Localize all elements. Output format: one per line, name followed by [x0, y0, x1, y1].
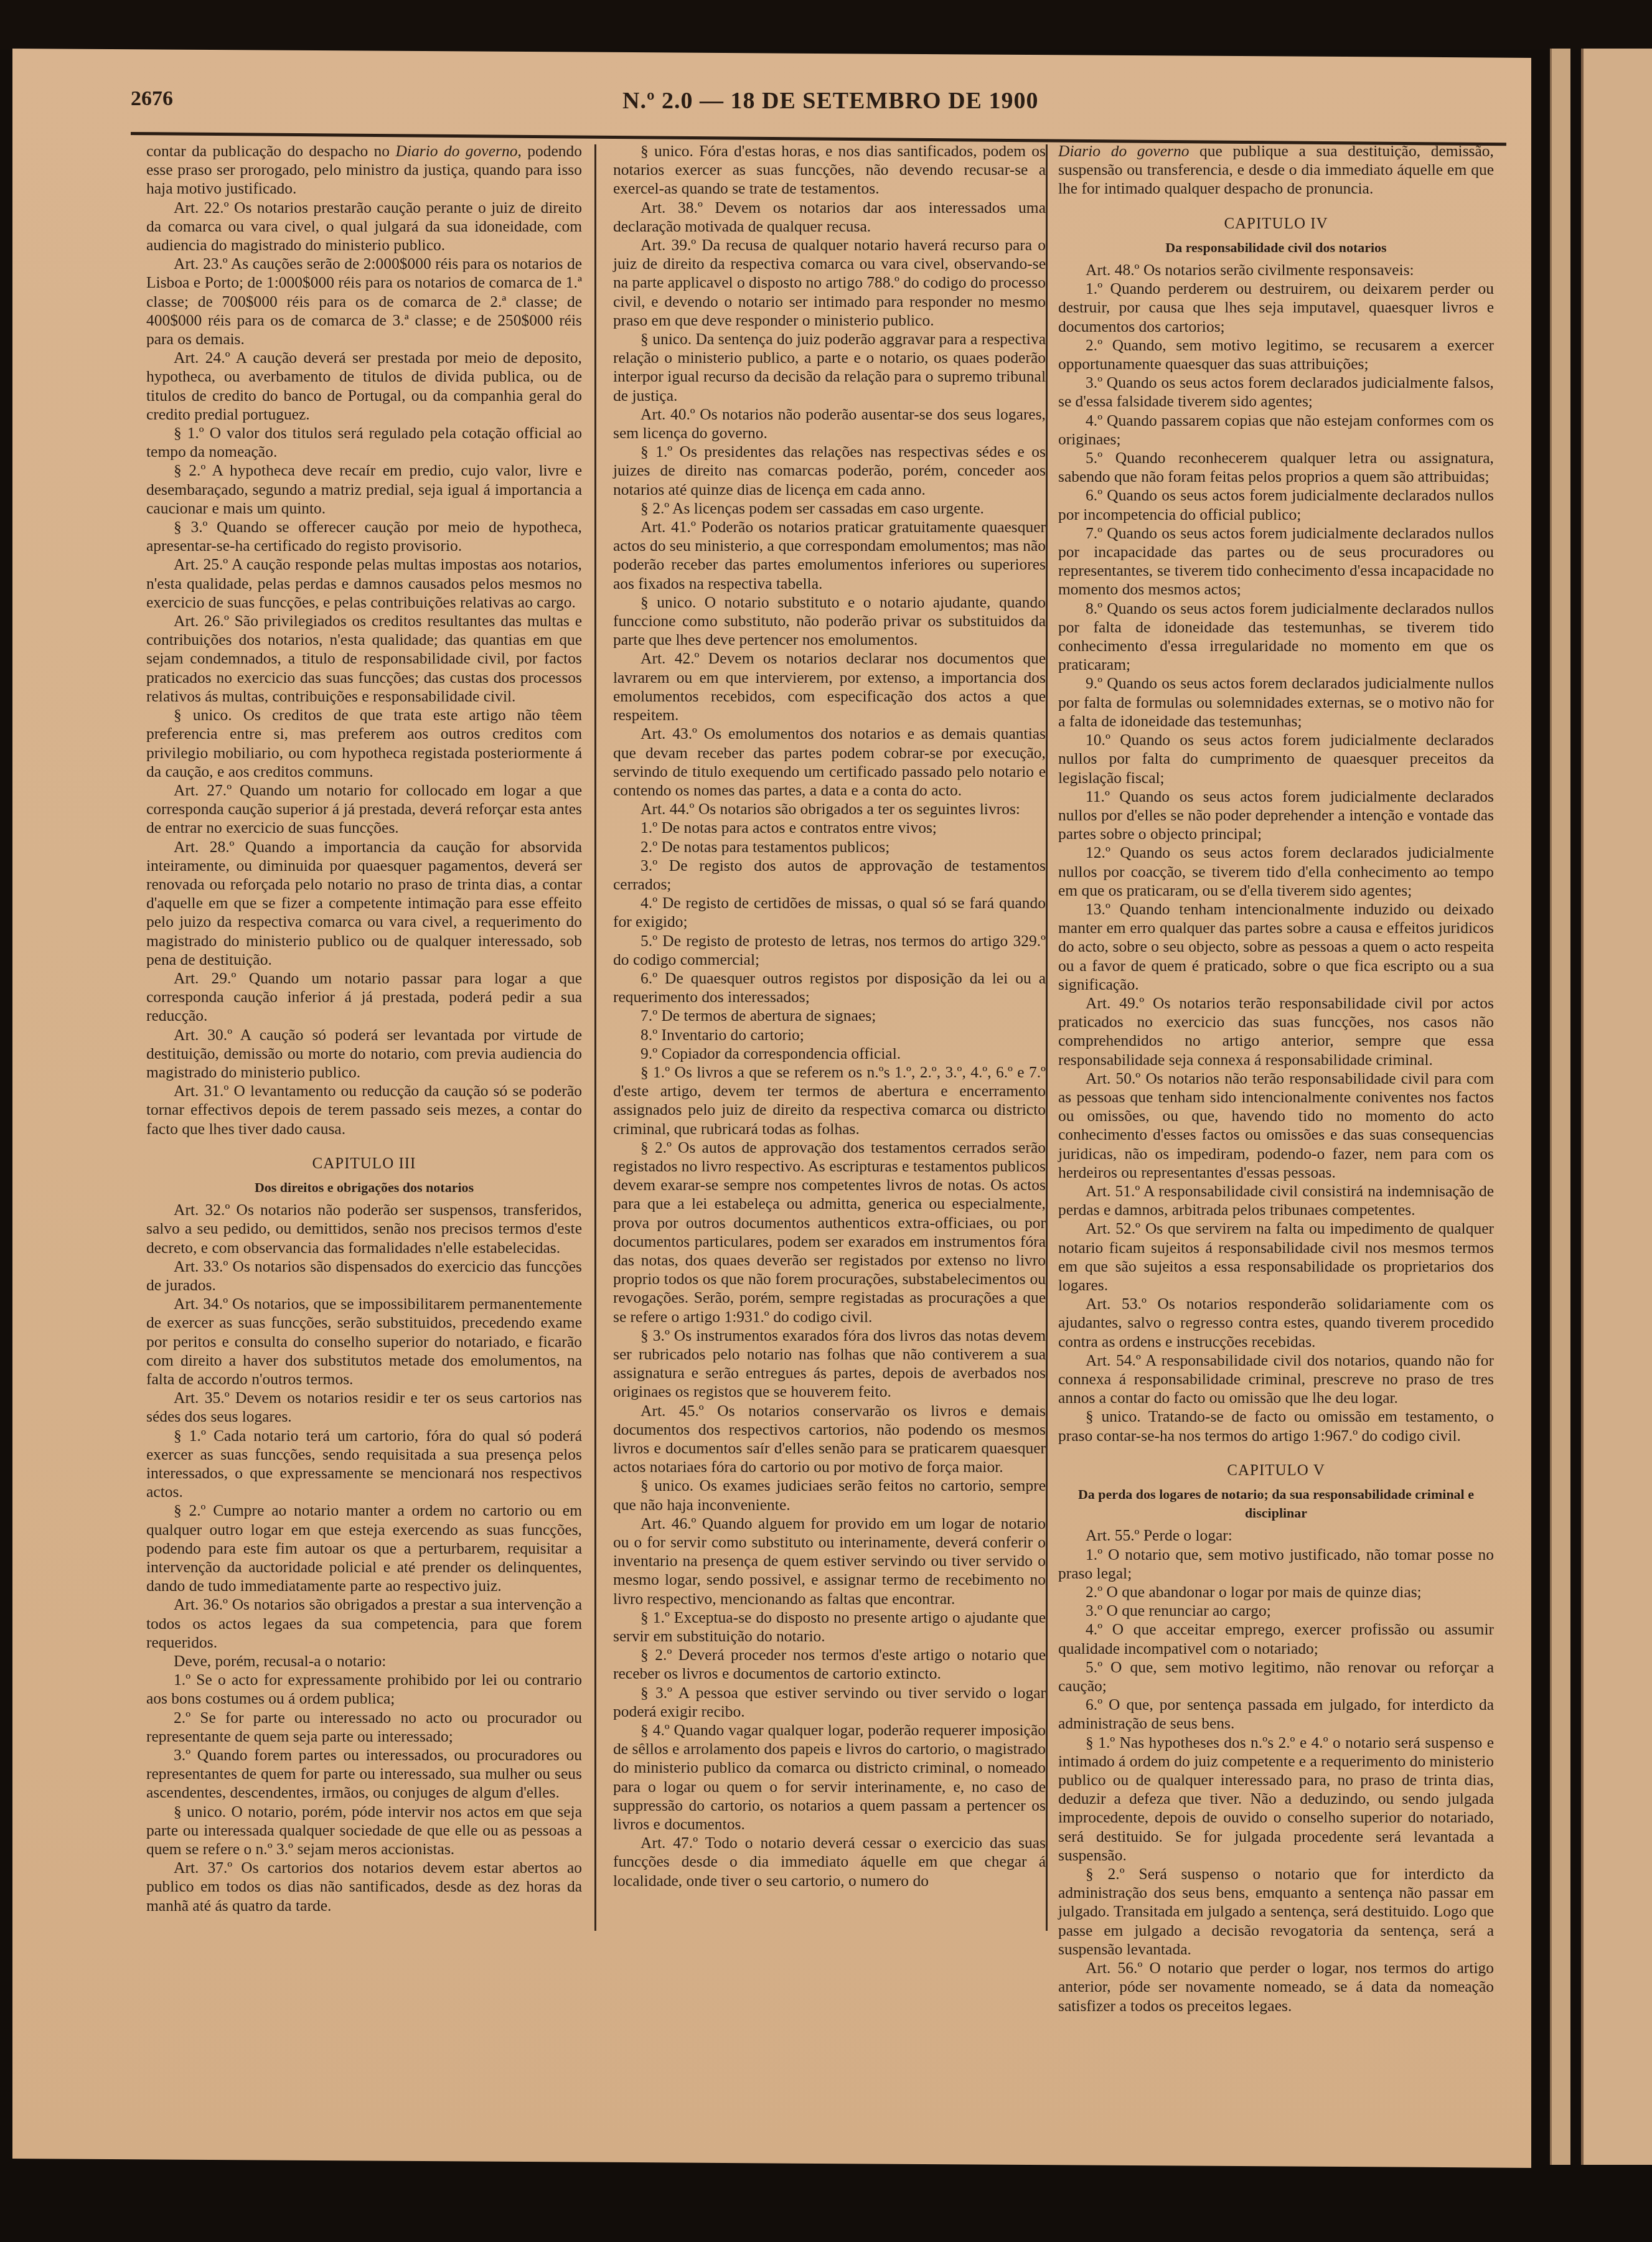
article-paragraph: Art. 56.º O notario que perder o logar, … [1058, 1959, 1494, 2015]
chapter-subtitle: Da responsabilidade civil dos notarios [1058, 238, 1494, 257]
article-paragraph: 7.º De termos de abertura de signaes; [613, 1006, 1046, 1025]
article-paragraph: Art. 42.º Devem os notarios declarar nos… [613, 649, 1046, 725]
article-paragraph: § unico. Os creditos de que trata este a… [146, 706, 582, 781]
article-paragraph: § unico. O notario substituto e o notari… [613, 593, 1046, 650]
column-divider [1046, 144, 1048, 1931]
article-paragraph: § 1.º O valor dos titulos será regulado … [146, 424, 582, 461]
article-paragraph: Art. 38.º Devem os notarios dar aos inte… [613, 199, 1046, 236]
article-paragraph: § 2.º Deverá proceder nos termos d'este … [613, 1646, 1046, 1683]
article-paragraph: 5.º De registo de protesto de letras, no… [613, 932, 1046, 969]
article-paragraph: 4.º De registo de certidões de missas, o… [613, 894, 1046, 931]
article-paragraph: Art. 27.º Quando um notario for collocad… [146, 781, 582, 838]
article-paragraph: Art. 49.º Os notarios terão responsabili… [1058, 994, 1494, 1069]
article-paragraph: § unico. Da sentença do juiz poderão agg… [613, 330, 1046, 405]
article-paragraph: § unico. Fóra d'estas horas, e nos dias … [613, 142, 1046, 199]
article-paragraph: 10.º Quando os seus actos forem judicial… [1058, 731, 1494, 787]
chapter-heading: CAPITULO III [146, 1155, 582, 1173]
publication-name: Diario do governo [396, 142, 518, 160]
article-paragraph: Deve, porém, recusal-a o notario: [146, 1652, 582, 1671]
article-paragraph: 8.º Quando os seus actos forem judicialm… [1058, 599, 1494, 675]
page-edge [1550, 49, 1570, 2165]
article-paragraph: Art. 35.º Devem os notarios residir e te… [146, 1389, 582, 1426]
article-paragraph: § 1.º Cada notario terá um cartorio, fór… [146, 1427, 582, 1502]
article-paragraph: 13.º Quando tenham intencionalmente indu… [1058, 900, 1494, 994]
article-paragraph: 8.º Inventario do cartorio; [613, 1026, 1046, 1044]
article-paragraph: Art. 45.º Os notarios conservarão os liv… [613, 1402, 1046, 1477]
article-paragraph: Art. 26.º São privilegiados os creditos … [146, 612, 582, 706]
page-header: 2676 N.º 2.0 — 18 DE SETEMBRO DE 1900 [106, 87, 1494, 124]
article-paragraph: § unico. O notario, porém, póde intervir… [146, 1803, 582, 1859]
article-paragraph: Diario do governo que publique a sua des… [1058, 142, 1494, 199]
article-paragraph: 3.º Quando os seus actos forem declarado… [1058, 373, 1494, 411]
article-paragraph: 6.º De quaesquer outros registos por dis… [613, 969, 1046, 1006]
article-paragraph: Art. 47.º Todo o notario deverá cessar o… [613, 1834, 1046, 1890]
article-paragraph: Art. 40.º Os notarios não poderão ausent… [613, 405, 1046, 443]
chapter-heading: CAPITULO IV [1058, 215, 1494, 233]
article-paragraph: Art. 51.º A responsabilidade civil consi… [1058, 1182, 1494, 1219]
article-paragraph: 2.º Se for parte ou interessado no acto … [146, 1709, 582, 1746]
article-paragraph: § 1.º Os livros a que se referem os n.ºs… [613, 1063, 1046, 1138]
article-paragraph: 5.º Quando reconhecerem qualquer letra o… [1058, 449, 1494, 486]
article-paragraph: 2.º O que abandonar o logar por mais de … [1058, 1583, 1494, 1602]
page-edge [1581, 49, 1652, 2165]
article-paragraph: 12.º Quando os seus actos forem declarad… [1058, 843, 1494, 900]
article-paragraph: § 2.º As licenças podem ser cassadas em … [613, 499, 1046, 518]
column-2: § unico. Fóra d'estas horas, e nos dias … [613, 142, 1046, 1890]
article-paragraph: Art. 46.º Quando alguem for provido em u… [613, 1514, 1046, 1608]
scanner-background [0, 0, 1652, 50]
article-paragraph: § unico. Os exames judiciaes serão feito… [613, 1476, 1046, 1514]
article-paragraph: Art. 54.º A responsabilidade civil dos n… [1058, 1351, 1494, 1408]
article-paragraph: Art. 41.º Poderão os notarios praticar g… [613, 518, 1046, 593]
article-paragraph: 9.º Quando os seus actos forem declarado… [1058, 674, 1494, 731]
article-paragraph: Art. 39.º Da recusa de qualquer notario … [613, 236, 1046, 330]
article-paragraph: § 2.º Os autos de approvação dos testame… [613, 1138, 1046, 1326]
publication-name: Diario do governo [1058, 142, 1189, 160]
page-number: 2676 [131, 87, 173, 111]
column-1: contar da publicação do despacho no Diar… [146, 142, 582, 1915]
article-paragraph: 4.º Quando passarem copias que não estej… [1058, 411, 1494, 449]
article-paragraph: Art. 24.º A caução deverá ser prestada p… [146, 349, 582, 424]
article-paragraph: § 1.º Os presidentes das relações nas re… [613, 443, 1046, 499]
article-paragraph: 2.º Quando, sem motivo legitimo, se recu… [1058, 336, 1494, 373]
article-paragraph: contar da publicação do despacho no Diar… [146, 142, 582, 199]
article-paragraph: § 4.º Quando vagar qualquer logar, poder… [613, 1721, 1046, 1834]
article-paragraph: Art. 28.º Quando a importancia da caução… [146, 838, 582, 969]
article-paragraph: Art. 31.º O levantamento ou reducção da … [146, 1082, 582, 1138]
article-paragraph: 2.º De notas para testamentos publicos; [613, 838, 1046, 856]
article-paragraph: Art. 23.º As cauções serão de 2:000$000 … [146, 255, 582, 349]
article-paragraph: Art. 29.º Quando um notario passar para … [146, 969, 582, 1026]
article-paragraph: Art. 25.º A caução responde pelas multas… [146, 555, 582, 612]
article-paragraph: § 3.º Os instrumentos exarados fóra dos … [613, 1326, 1046, 1402]
article-paragraph: 5.º O que, sem motivo legitimo, não reno… [1058, 1658, 1494, 1696]
article-paragraph: 3.º Quando forem partes ou interessados,… [146, 1746, 582, 1803]
issue-title: N.º 2.0 — 18 DE SETEMBRO DE 1900 [622, 87, 1038, 115]
article-paragraph: 6.º O que, por sentença passada em julga… [1058, 1696, 1494, 1733]
article-paragraph: 1.º De notas para actos e contratos entr… [613, 818, 1046, 837]
article-paragraph: Art. 44.º Os notarios são obrigados a te… [613, 800, 1046, 818]
article-paragraph: Art. 36.º Os notarios são obrigados a pr… [146, 1595, 582, 1652]
article-paragraph: Art. 32.º Os notarios não poderão ser su… [146, 1201, 582, 1257]
article-paragraph: § 1.º Nas hypotheses dos n.ºs 2.º e 4.º … [1058, 1733, 1494, 1865]
article-paragraph: Art. 50.º Os notarios não terão responsa… [1058, 1069, 1494, 1182]
article-paragraph: 4.º O que acceitar emprego, exercer prof… [1058, 1620, 1494, 1658]
article-paragraph: Art. 30.º A caução só poderá ser levanta… [146, 1026, 582, 1082]
article-paragraph: Art. 22.º Os notarios prestarão caução p… [146, 199, 582, 255]
article-paragraph: § 1.º Exceptua-se do disposto no present… [613, 1608, 1046, 1646]
article-paragraph: 9.º Copiador da correspondencia official… [613, 1044, 1046, 1063]
article-paragraph: Art. 53.º Os notarios responderão solida… [1058, 1295, 1494, 1351]
article-paragraph: 1.º O notario que, sem motivo justificad… [1058, 1545, 1494, 1583]
article-paragraph: 1.º Quando perderem ou destruirem, ou de… [1058, 279, 1494, 336]
column-divider [594, 144, 596, 1931]
article-paragraph: Art. 55.º Perde o logar: [1058, 1526, 1494, 1545]
article-paragraph: § unico. Tratando-se de facto ou omissão… [1058, 1407, 1494, 1445]
chapter-subtitle: Dos direitos e obrigações dos notarios [146, 1178, 582, 1197]
article-paragraph: § 2.º Será suspenso o notario que for in… [1058, 1865, 1494, 1959]
article-paragraph: Art. 48.º Os notarios serão civilmente r… [1058, 261, 1494, 279]
column-3: Diario do governo que publique a sua des… [1058, 142, 1494, 2015]
article-paragraph: Art. 37.º Os cartorios dos notarios deve… [146, 1859, 582, 1915]
article-paragraph: 7.º Quando os seus actos forem judicialm… [1058, 524, 1494, 599]
article-paragraph: 3.º De registo dos autos de approvação d… [613, 856, 1046, 894]
chapter-subtitle: Da perda dos logares de notario; da sua … [1058, 1485, 1494, 1522]
article-paragraph: 11.º Quando os seus actos forem judicial… [1058, 787, 1494, 844]
article-paragraph: § 2.º Cumpre ao notario manter a ordem n… [146, 1501, 582, 1595]
article-paragraph: 3.º O que renunciar ao cargo; [1058, 1602, 1494, 1620]
article-paragraph: § 3.º A pessoa que estiver servindo ou t… [613, 1684, 1046, 1721]
article-paragraph: Art. 52.º Os que servirem na falta ou im… [1058, 1219, 1494, 1295]
article-paragraph: Art. 34.º Os notarios, que se impossibil… [146, 1295, 582, 1389]
article-paragraph: 1.º Se o acto for expressamente prohibid… [146, 1671, 582, 1708]
article-paragraph: § 2.º A hypotheca deve recaír em predio,… [146, 461, 582, 518]
article-paragraph: 6.º Quando os seus actos forem judicialm… [1058, 486, 1494, 523]
article-paragraph: § 3.º Quando se offerecer caução por mei… [146, 518, 582, 555]
article-paragraph: Art. 43.º Os emolumentos dos notarios e … [613, 725, 1046, 800]
chapter-heading: CAPITULO V [1058, 1461, 1494, 1480]
article-paragraph: Art. 33.º Os notarios são dispensados do… [146, 1257, 582, 1295]
